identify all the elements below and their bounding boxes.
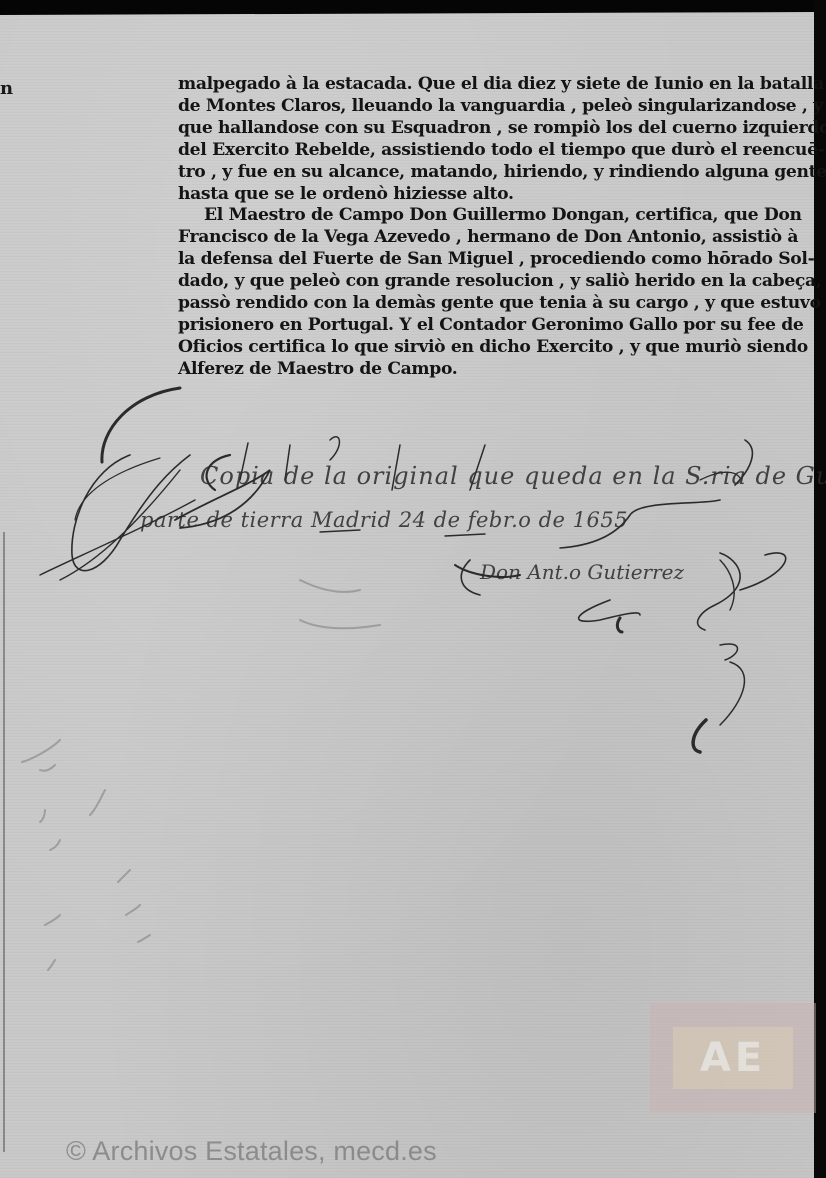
printed-line: que hallandose con su Esquadron , se rom… [178, 118, 798, 140]
printed-line: Alferez de Maestro de Campo. [178, 359, 798, 381]
printed-line: Francisco de la Vega Azevedo , hermano d… [178, 227, 798, 249]
printed-line: malpegado à la estacada. Que el dia diez… [178, 74, 798, 96]
printed-line: del Exercito Rebelde, assistiendo todo e… [178, 140, 798, 162]
printed-line: El Maestro de Campo Don Guillermo Dongan… [178, 205, 798, 227]
archive-logo-icon: AE [673, 1027, 793, 1089]
printed-line: tro , y fue en su alcance, matando, hiri… [178, 162, 798, 184]
printed-line: dado, y que peleò con grande resolucion … [178, 271, 798, 293]
copyright-watermark: © Archivos Estatales, mecd.es [66, 1136, 437, 1167]
page-fold-line [3, 532, 5, 1152]
margin-text-fragment: n [0, 78, 13, 99]
archive-logo-stamp: AE [650, 1003, 816, 1113]
printed-line: de Montes Claros, lleuando la vanguardia… [178, 96, 798, 118]
printed-text-block: malpegado à la estacada. Que el dia diez… [178, 74, 798, 381]
manuscript-place-date: parte de tierra Madrid 24 de febr.o de 1… [140, 508, 628, 532]
printed-line: passò rendido con la demàs gente que ten… [178, 293, 798, 315]
printed-line: Oficios certifica lo que sirviò en dicho… [178, 337, 798, 359]
manuscript-signature: Don Ant.o Gutierrez [480, 560, 684, 584]
manuscript-copy-note: Copia de la original que queda en la S.r… [200, 462, 826, 490]
printed-line: hasta que se le ordenò hiziesse alto. [178, 184, 798, 206]
printed-line: la defensa del Fuerte de San Miguel , pr… [178, 249, 798, 271]
printed-line: prisionero en Portugal. Y el Contador Ge… [178, 315, 798, 337]
